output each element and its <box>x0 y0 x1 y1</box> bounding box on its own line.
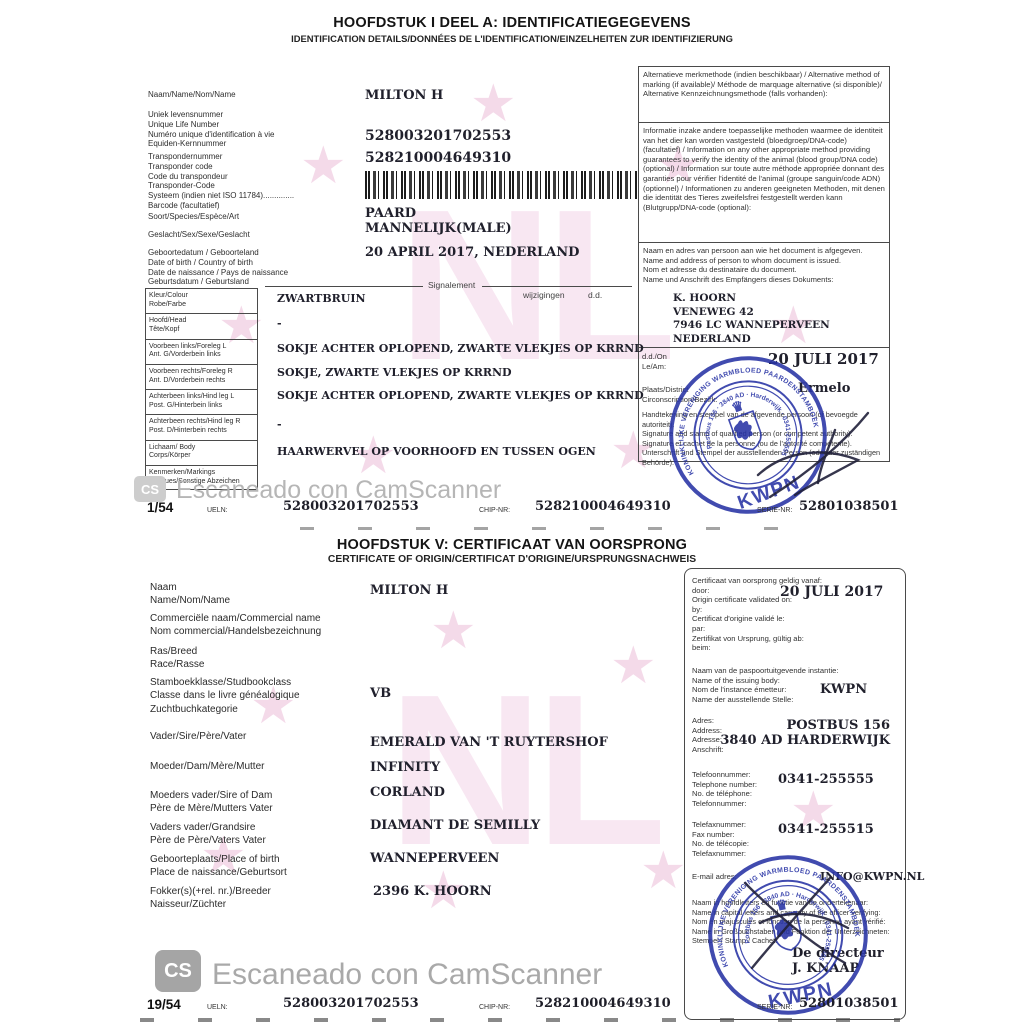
other-methods-text: Informatie inzake andere toepasselijke m… <box>639 123 889 215</box>
chip-footer-label: CHIP-NR: <box>479 1004 510 1011</box>
camscanner-icon: CS <box>134 476 166 502</box>
label-name2: Naam Name/Nom/Name <box>150 581 370 608</box>
signalement-header: Signalement <box>428 280 475 290</box>
serie-footer-value: 52801038501 <box>799 499 899 514</box>
page-number: 19/54 <box>147 997 181 1012</box>
label-dam: Moeder/Dam/Mère/Mutter <box>150 760 370 773</box>
value-sire-of-dam: CORLAND <box>370 785 445 800</box>
signalement-col-date: d.d. <box>588 290 602 300</box>
barcode <box>365 171 637 199</box>
table-row: Kleur/Colour Robe/Farbe <box>146 289 257 314</box>
table-row: Lichaam/ Body Corps/Körper <box>146 441 257 466</box>
phone-label: Telefoonnummer: Telephone number: No. de… <box>692 770 757 808</box>
signalement-col-changes: wijzigingen <box>523 290 565 300</box>
value-species: PAARD <box>365 206 416 221</box>
scan-artifact-line <box>140 1018 900 1022</box>
camscanner-watermark-text: Escaneado con CamScanner <box>176 476 501 505</box>
ueln-footer-label: UELN: <box>207 507 228 514</box>
value-head: - <box>277 317 282 330</box>
value-breeder: 2396 K. HOORN <box>373 884 492 899</box>
label-breed: Ras/Breed Race/Rasse <box>150 645 370 672</box>
value-dam: INFINITY <box>370 760 440 775</box>
row-label-hindleg-r: Achterbeen rechts/Hind leg R Post. D/Hin… <box>146 415 257 436</box>
row-label-head: Hoofd/Head Tête/Kopf <box>146 314 257 335</box>
value-sire: EMERALD VAN 'T RUYTERSHOF <box>370 735 608 750</box>
camscanner-watermark-text: Escaneado con CamScanner <box>212 958 602 992</box>
issued-to-box: Naam en adres van persoon aan wie het do… <box>638 242 890 348</box>
star-watermark: ★ <box>640 845 687 897</box>
value-birth: 20 APRIL 2017, NEDERLAND <box>365 245 579 260</box>
page2-title: HOOFDSTUK V: CERTIFICAAT VAN OORSPRONG <box>0 537 1024 553</box>
page2-subtitle: CERTIFICATE OF ORIGIN/CERTIFICAT D'ORIGI… <box>0 554 1024 565</box>
row-label-hindleg-l: Achterbeen links/Hind leg L Post. G/Hint… <box>146 390 257 411</box>
star-watermark: ★ <box>470 78 517 130</box>
table-row: Achterbeen rechts/Hind leg R Post. D/Hin… <box>146 415 257 440</box>
serie-footer-label: SERIE-NR: <box>757 507 792 514</box>
value-name: MILTON H <box>365 88 443 103</box>
row-label-foreleg-r: Voorbeen rechts/Foreleg R Ant. D/Vorderb… <box>146 365 257 386</box>
value-sex: MANNELIJK(MALE) <box>365 221 512 236</box>
signature <box>730 868 860 978</box>
value-studbook-class: VB <box>370 686 391 701</box>
table-row: Hoofd/Head Tête/Kopf <box>146 314 257 339</box>
star-watermark: ★ <box>610 640 657 692</box>
value-hindleg-l: SOKJE ACHTER OPLOPEND, ZWARTE VLEKJES OP… <box>277 389 644 402</box>
value-ueln: 528003201702553 <box>365 128 511 144</box>
table-row: Achterbeen links/Hind leg L Post. G/Hint… <box>146 390 257 415</box>
serie-footer-value: 52801038501 <box>799 996 899 1011</box>
ueln-footer-value: 528003201702553 <box>283 996 419 1011</box>
issuing-body-value: KWPN <box>820 682 867 697</box>
issued-to-address: K. HOORN VENEWEG 42 7946 LC WANNEPERVEEN… <box>639 287 889 346</box>
label-place-of-birth: Geboorteplaats/Place of birth Place de n… <box>150 853 370 880</box>
label-sex: Geslacht/Sex/Sexe/Geslacht <box>148 230 358 240</box>
signalement-table: Kleur/Colour Robe/Farbe Hoofd/Head Tête/… <box>145 288 258 490</box>
value-body: HAARWERVEL OP VOORHOOFD EN TUSSEN OGEN <box>277 445 596 458</box>
scanned-horse-passport: NL ★ ★ ★ ★ ★ ★ ★ NL ★ ★ ★ ★ ★ ★ ★ HOOFDS… <box>0 0 1024 1024</box>
label-studbook-class: Stamboekklasse/Studbookclass Classe dans… <box>150 676 380 716</box>
value-place-of-birth: WANNEPERVEEN <box>370 851 499 866</box>
table-row: Voorbeen rechts/Foreleg R Ant. D/Vorderb… <box>146 365 257 390</box>
chip-footer-value: 528210004649310 <box>535 996 671 1011</box>
date-label: d.d./On Le/Am: <box>642 352 667 371</box>
label-name: Naam/Name/Nom/Name <box>148 90 358 100</box>
label-grandsire: Vaders vader/Grandsire Père de Père/Vate… <box>150 821 370 848</box>
signalement-rule-left <box>265 286 423 287</box>
label-transponder: Transpondernummer Transponder code Code … <box>148 152 358 211</box>
signalement-rule-right <box>482 286 632 287</box>
value-transponder: 528210004649310 <box>365 150 511 166</box>
ueln-footer-label: UELN: <box>207 1004 228 1011</box>
label-commercial-name: Commerciële naam/Commercial name Nom com… <box>150 612 380 639</box>
alt-marking-box: Alternatieve merkmethode (indien beschik… <box>638 66 890 123</box>
star-watermark: ★ <box>430 605 477 657</box>
page-number: 1/54 <box>147 500 173 515</box>
signature <box>740 405 890 505</box>
label-ueln: Uniek levensnummer Unique Life Number Nu… <box>148 110 358 149</box>
fax-label: Telefaxnummer: Fax number: No. de téléco… <box>692 820 749 858</box>
camscanner-icon: CS <box>155 950 201 992</box>
table-row: Voorbeen links/Foreleg L Ant. G/Vorderbe… <box>146 340 257 365</box>
row-label-colour: Kleur/Colour Robe/Farbe <box>146 289 257 310</box>
value-colour: ZWARTBRUIN <box>277 292 366 305</box>
label-species: Soort/Species/Espèce/Art <box>148 212 358 222</box>
fax-value: 0341-255515 <box>778 822 874 837</box>
label-sire: Vader/Sire/Père/Vater <box>150 730 370 743</box>
issuing-body-label: Naam van de paspoortuitgevende instantie… <box>692 666 839 704</box>
value-foreleg-r: SOKJE, ZWARTE VLEKJES OP KRRND <box>277 366 512 379</box>
alt-marking-text: Alternatieve merkmethode (indien beschik… <box>639 67 889 102</box>
label-birth: Geboortedatum / Geboorteland Date of bir… <box>148 248 358 287</box>
row-label-foreleg-l: Voorbeen links/Foreleg L Ant. G/Vorderbe… <box>146 340 257 361</box>
phone-value: 0341-255555 <box>778 772 874 787</box>
label-breeder: Fokker(s)(+rel. nr.)/Breeder Naisseur/Zü… <box>150 885 370 912</box>
chip-footer-label: CHIP-NR: <box>479 507 510 514</box>
chip-footer-value: 528210004649310 <box>535 499 671 514</box>
page1-subtitle: IDENTIFICATION DETAILS/DONNÉES DE L'IDEN… <box>0 33 1024 44</box>
issued-to-label: Naam en adres van persoon aan wie het do… <box>639 243 889 287</box>
serie-footer-label: SERIE-NR: <box>757 1004 792 1011</box>
other-methods-box: Informatie inzake andere toepasselijke m… <box>638 122 890 243</box>
validated-value: 20 JULI 2017 <box>780 584 883 600</box>
page1-title: HOOFDSTUK I DEEL A: IDENTIFICATIEGEGEVEN… <box>0 15 1024 31</box>
value-name2: MILTON H <box>370 583 448 598</box>
value-hindleg-r: - <box>277 418 282 431</box>
address-value: POSTBUS 156 3840 AD HARDERWIJK <box>700 718 890 748</box>
label-sire-of-dam: Moeders vader/Sire of Dam Père de Mère/M… <box>150 789 370 816</box>
value-grandsire: DIAMANT DE SEMILLY <box>370 818 540 833</box>
row-label-body: Lichaam/ Body Corps/Körper <box>146 441 257 462</box>
scan-artifact-line <box>300 527 800 530</box>
value-foreleg-l: SOKJE ACHTER OPLOPEND, ZWARTE VLEKJES OP… <box>277 342 644 355</box>
